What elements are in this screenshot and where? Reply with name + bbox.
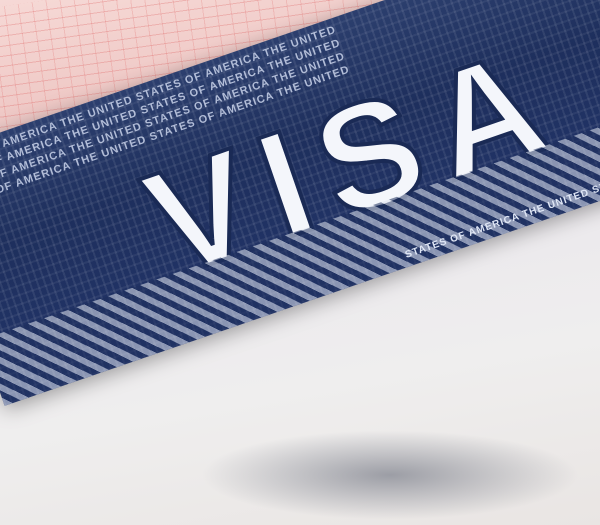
blurred-seal [200, 430, 580, 520]
